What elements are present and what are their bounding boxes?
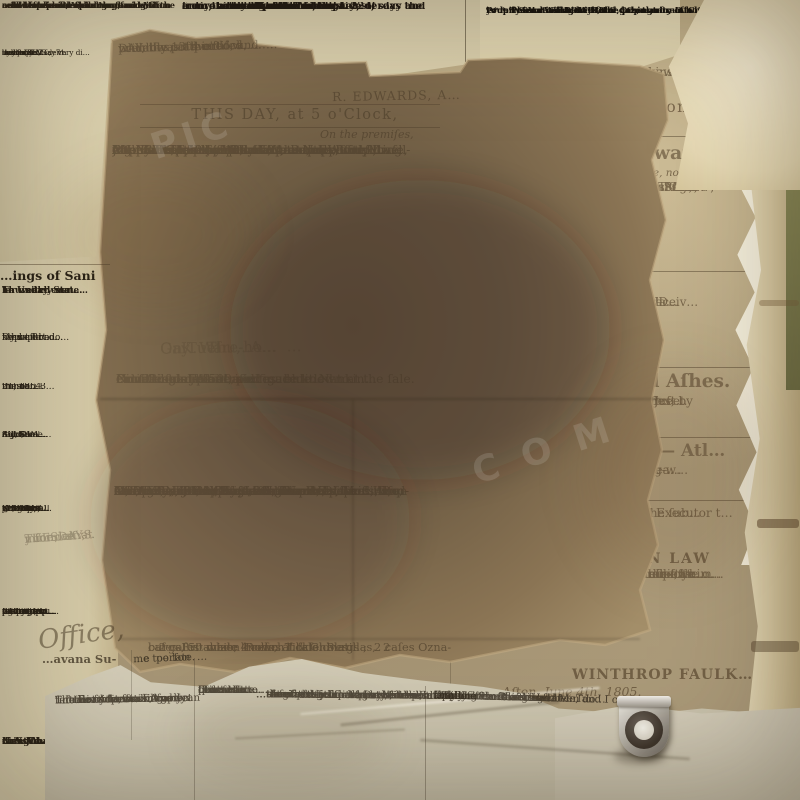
column-divider	[465, 0, 466, 62]
section-rule	[468, 437, 756, 438]
warehouse-ghost-text: Gay Ware-ho… …On Tueſ…, A…G. K. Thu…	[160, 333, 460, 338]
section-rule	[468, 271, 756, 272]
clip-fold	[617, 696, 671, 707]
havana-fragment: …avana Su-	[42, 652, 116, 666]
this-day-heading: THIS DAY, at 5 o'Clock,	[140, 107, 450, 123]
paper-tear	[759, 300, 799, 306]
column-divider	[425, 686, 426, 800]
price-line: £100 each.	[490, 119, 560, 134]
turks-island-salt-heading: Turks Iſland Salt — Atl…	[492, 441, 725, 461]
pot-pearl-ashes-heading: Pot and Pearl Aſhes.	[520, 371, 730, 392]
rice-heading: Rice.	[606, 274, 651, 293]
sanitary-heading: …ings of Sani	[0, 268, 114, 283]
olive-paper-sliver	[786, 155, 800, 390]
section-rule	[0, 264, 110, 265]
newspaper-collage: …d women and children fleeing fromand de…	[0, 0, 800, 800]
ghost-rule	[140, 104, 440, 105]
eyelet-hole	[634, 720, 654, 740]
paper-crease	[120, 638, 640, 640]
paper-crease	[352, 400, 354, 660]
section-rule	[468, 500, 756, 501]
section-rule	[468, 367, 756, 368]
crumpled-paper-right	[555, 705, 800, 800]
paper-tear	[751, 641, 799, 652]
stephen-law-name: STEPHEN LAW	[570, 551, 711, 567]
paper-tear	[757, 519, 799, 528]
column-divider	[131, 650, 132, 740]
auctioneer-ghost-text: R. EDWARDS, A…	[332, 87, 461, 104]
metal-clip	[616, 696, 674, 762]
premises-line: On the premiſes,	[320, 128, 414, 141]
column-divider	[194, 658, 195, 800]
baylies-subheading: No. 28, Long-wharf, Have for Sale, now…	[477, 167, 698, 179]
winthrop-signature: WINTHROP FAULK…	[572, 667, 753, 683]
column-divider	[450, 140, 451, 695]
